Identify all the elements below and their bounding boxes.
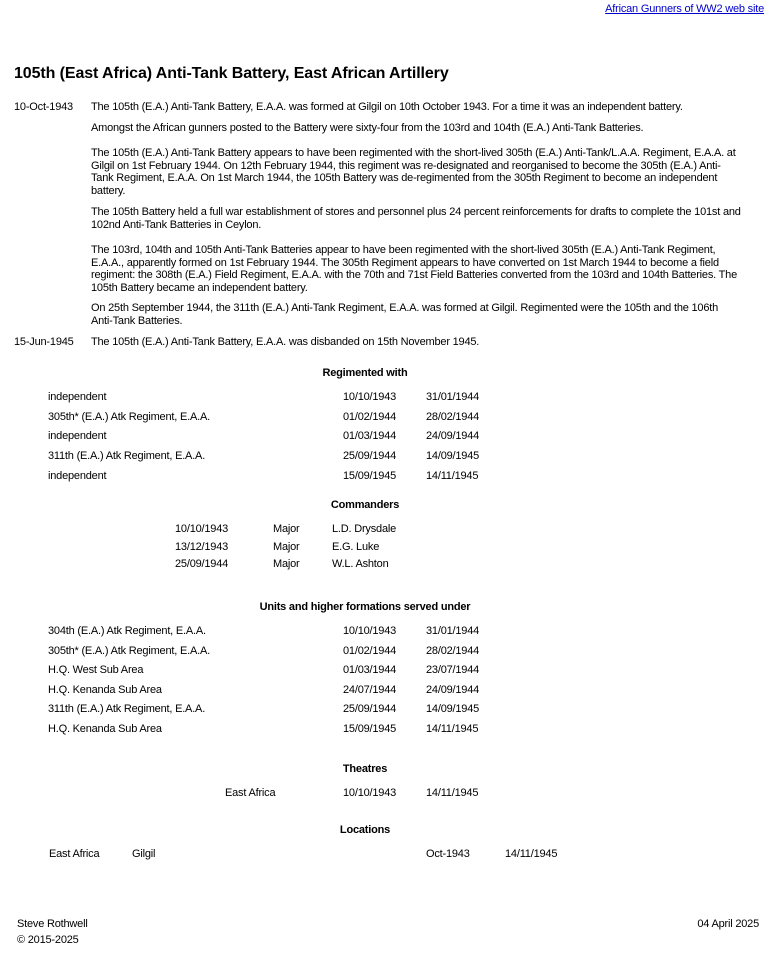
regiment-name: independent (48, 391, 106, 403)
footer-date: 04 April 2025 (697, 918, 759, 930)
history-paragraph: The 103rd, 104th and 105th Anti-Tank Bat… (91, 244, 741, 294)
regimented-with-heading: Regimented with (0, 367, 730, 379)
commander-date: 25/09/1944 (175, 558, 228, 570)
regiment-name: independent (48, 470, 106, 482)
date-from: Oct-1943 (426, 848, 470, 860)
commander-name: L.D. Drysdale (332, 523, 396, 535)
commander-rank: Major (273, 541, 300, 553)
regiment-name: 305th* (E.A.) Atk Regiment, E.A.A. (48, 411, 210, 423)
date-to: 14/11/1945 (426, 723, 478, 735)
entry-date: 10-Oct-1943 (14, 101, 73, 113)
date-from: 15/09/1945 (343, 723, 396, 735)
formations-heading: Units and higher formations served under (0, 601, 730, 613)
date-to: 14/11/1945 (505, 848, 557, 860)
formation-name: H.Q. West Sub Area (48, 664, 143, 676)
formation-name: 305th* (E.A.) Atk Regiment, E.A.A. (48, 645, 210, 657)
commander-date: 13/12/1943 (175, 541, 228, 553)
date-to: 14/09/1945 (426, 450, 479, 462)
footer-copyright: © 2015-2025 (17, 934, 79, 946)
date-to: 23/07/1944 (426, 664, 479, 676)
date-from: 15/09/1945 (343, 470, 396, 482)
regiment-name: 311th (E.A.) Atk Regiment, E.A.A. (48, 450, 205, 462)
date-from: 01/02/1944 (343, 645, 396, 657)
date-from: 10/10/1943 (343, 625, 396, 637)
locations-heading: Locations (0, 824, 730, 836)
date-to: 24/09/1944 (426, 684, 479, 696)
commander-date: 10/10/1943 (175, 523, 228, 535)
date-to: 14/09/1945 (426, 703, 479, 715)
date-from: 25/09/1944 (343, 703, 396, 715)
date-to: 24/09/1944 (426, 430, 479, 442)
commander-name: E.G. Luke (332, 541, 379, 553)
date-from: 01/03/1944 (343, 664, 396, 676)
commander-rank: Major (273, 523, 300, 535)
date-from: 10/10/1943 (343, 391, 396, 403)
formation-name: H.Q. Kenanda Sub Area (48, 723, 162, 735)
history-paragraph: Amongst the African gunners posted to th… (91, 122, 741, 135)
history-paragraph: The 105th (E.A.) Anti-Tank Battery, E.A.… (91, 336, 741, 349)
theatres-heading: Theatres (0, 763, 730, 775)
history-paragraph: On 25th September 1944, the 311th (E.A.)… (91, 302, 741, 327)
date-from: 01/03/1944 (343, 430, 396, 442)
formation-name: 311th (E.A.) Atk Regiment, E.A.A. (48, 703, 205, 715)
theatre-name: East Africa (225, 787, 275, 799)
date-from: 24/07/1944 (343, 684, 396, 696)
site-home-link[interactable]: African Gunners of WW2 web site (605, 3, 764, 15)
history-paragraph: The 105th Battery held a full war establ… (91, 206, 741, 231)
date-from: 25/09/1944 (343, 450, 396, 462)
formation-name: 304th (E.A.) Atk Regiment, E.A.A. (48, 625, 206, 637)
location-region: East Africa (49, 848, 99, 860)
date-to: 28/02/1944 (426, 645, 479, 657)
date-from: 10/10/1943 (343, 787, 396, 799)
entry-date: 15-Jun-1945 (14, 336, 74, 348)
formation-name: H.Q. Kenanda Sub Area (48, 684, 162, 696)
date-to: 14/11/1945 (426, 787, 478, 799)
history-paragraph: The 105th (E.A.) Anti-Tank Battery, E.A.… (91, 101, 741, 114)
footer-author: Steve Rothwell (17, 918, 88, 930)
date-to: 31/01/1944 (426, 391, 479, 403)
location-place: Gilgil (132, 848, 155, 860)
commander-rank: Major (273, 558, 300, 570)
commanders-heading: Commanders (0, 499, 730, 511)
date-to: 14/11/1945 (426, 470, 478, 482)
date-from: 01/02/1944 (343, 411, 396, 423)
page-title: 105th (East Africa) Anti-Tank Battery, E… (14, 65, 449, 83)
date-to: 31/01/1944 (426, 625, 479, 637)
regiment-name: independent (48, 430, 106, 442)
history-paragraph: The 105th (E.A.) Anti-Tank Battery appea… (91, 147, 741, 197)
commander-name: W.L. Ashton (332, 558, 389, 570)
date-to: 28/02/1944 (426, 411, 479, 423)
